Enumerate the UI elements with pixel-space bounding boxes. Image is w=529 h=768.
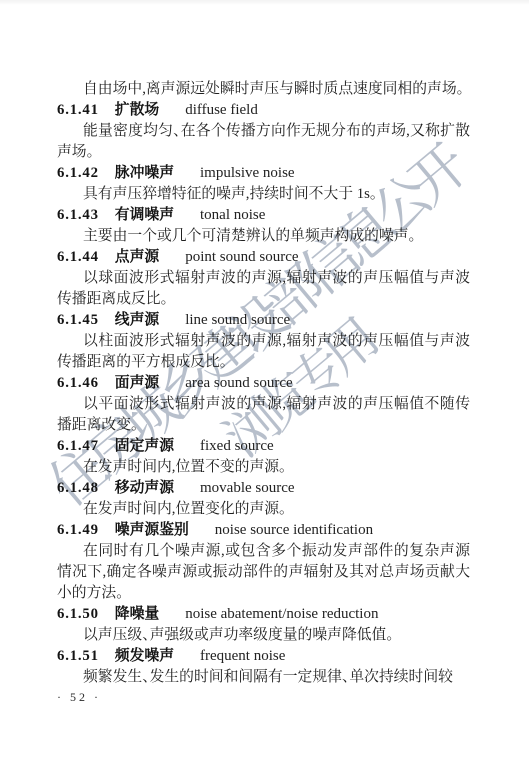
entry-number: 6.1.42 <box>57 165 99 181</box>
entry-number: 6.1.45 <box>57 312 99 328</box>
entry-number: 6.1.50 <box>57 606 99 622</box>
entry-heading: 6.1.42脉冲噪声impulsive noise <box>57 163 470 184</box>
entry-definition: 在发声时间内,位置不变的声源。 <box>57 457 470 478</box>
entry-heading: 6.1.44点声源point sound source <box>57 247 470 268</box>
entry-term-zh: 点声源 <box>115 249 159 265</box>
term-entry: 6.1.46面声源area sound source 以平面波形式辐射声波的声源… <box>57 373 470 436</box>
entry-term-zh: 降噪量 <box>115 606 159 622</box>
entry-definition: 能量密度均匀、在各个传播方向作无规分布的声场,又称扩散声场。 <box>57 121 470 163</box>
entry-number: 6.1.48 <box>57 480 99 496</box>
entry-heading: 6.1.46面声源area sound source <box>57 373 470 394</box>
entry-term-en: area sound source <box>185 375 292 391</box>
entry-term-en: point sound source <box>185 249 298 265</box>
page-content: 自由场中,离声源远处瞬时声压与瞬时质点速度同相的声场。 6.1.41扩散场dif… <box>57 79 470 688</box>
entry-term-zh: 有调噪声 <box>115 207 174 223</box>
entry-term-zh: 固定声源 <box>115 438 174 454</box>
term-entry: 6.1.41扩散场diffuse field 能量密度均匀、在各个传播方向作无规… <box>57 100 470 163</box>
entry-number: 6.1.47 <box>57 438 99 454</box>
entry-term-zh: 频发噪声 <box>115 648 174 664</box>
entry-definition: 具有声压猝增特征的噪声,持续时间不大于 1s。 <box>57 184 470 205</box>
entry-term-en: fixed source <box>200 438 274 454</box>
document-page: 住房城乡建设部信息公开 浏览专用 自由场中,离声源远处瞬时声压与瞬时质点速度同相… <box>0 0 529 768</box>
term-entry: 6.1.44点声源point sound source 以球面波形式辐射声波的声… <box>57 247 470 310</box>
entry-definition: 以平面波形式辐射声波的声源,辐射声波的声压幅值不随传播距离改变。 <box>57 394 470 436</box>
term-entry: 6.1.42脉冲噪声impulsive noise 具有声压猝增特征的噪声,持续… <box>57 163 470 205</box>
entry-number: 6.1.41 <box>57 102 99 118</box>
entry-heading: 6.1.45线声源line sound source <box>57 310 470 331</box>
term-entries: 6.1.41扩散场diffuse field 能量密度均匀、在各个传播方向作无规… <box>57 100 470 688</box>
term-entry: 6.1.51频发噪声frequent noise 频繁发生、发生的时间和间隔有一… <box>57 646 470 688</box>
entry-term-zh: 脉冲噪声 <box>115 165 174 181</box>
term-entry: 6.1.47固定声源fixed source 在发声时间内,位置不变的声源。 <box>57 436 470 478</box>
entry-term-zh: 噪声源鉴别 <box>115 522 189 538</box>
entry-heading: 6.1.49噪声源鉴别noise source identification <box>57 520 470 541</box>
page-number: · 52 · <box>57 690 101 705</box>
entry-number: 6.1.46 <box>57 375 99 391</box>
entry-term-en: movable source <box>200 480 295 496</box>
term-entry: 6.1.45线声源line sound source 以柱面波形式辐射声波的声源… <box>57 310 470 373</box>
entry-term-en: frequent noise <box>200 648 285 664</box>
entry-heading: 6.1.51频发噪声frequent noise <box>57 646 470 667</box>
entry-definition: 以柱面波形式辐射声波的声源,辐射声波的声压幅值与声波传播距离的平方根成反比。 <box>57 331 470 373</box>
entry-term-zh: 移动声源 <box>115 480 174 496</box>
entry-term-en: tonal noise <box>200 207 265 223</box>
entry-term-en: impulsive noise <box>200 165 295 181</box>
term-entry: 6.1.48移动声源movable source 在发声时间内,位置变化的声源。 <box>57 478 470 520</box>
entry-term-zh: 扩散场 <box>115 102 159 118</box>
entry-term-en: noise abatement/noise reduction <box>185 606 378 622</box>
entry-heading: 6.1.43有调噪声tonal noise <box>57 205 470 226</box>
entry-term-en: noise source identification <box>215 522 373 538</box>
term-entry: 6.1.43有调噪声tonal noise 主要由一个或几个可清楚辨认的单频声构… <box>57 205 470 247</box>
entry-term-en: line sound source <box>185 312 290 328</box>
entry-definition: 频繁发生、发生的时间和间隔有一定规律、单次持续时间较 <box>57 667 470 688</box>
entry-heading: 6.1.50降噪量noise abatement/noise reduction <box>57 604 470 625</box>
term-entry: 6.1.49噪声源鉴别noise source identification 在… <box>57 520 470 604</box>
entry-heading: 6.1.48移动声源movable source <box>57 478 470 499</box>
entry-number: 6.1.43 <box>57 207 99 223</box>
entry-definition: 在发声时间内,位置变化的声源。 <box>57 499 470 520</box>
entry-term-en: diffuse field <box>185 102 258 118</box>
entry-definition: 以球面波形式辐射声波的声源,辐射声波的声压幅值与声波传播距离成反比。 <box>57 268 470 310</box>
entry-number: 6.1.44 <box>57 249 99 265</box>
term-entry: 6.1.50降噪量noise abatement/noise reduction… <box>57 604 470 646</box>
entry-term-zh: 面声源 <box>115 375 159 391</box>
entry-term-zh: 线声源 <box>115 312 159 328</box>
entry-number: 6.1.51 <box>57 648 99 664</box>
entry-number: 6.1.49 <box>57 522 99 538</box>
entry-heading: 6.1.41扩散场diffuse field <box>57 100 470 121</box>
entry-definition: 在同时有几个噪声源,或包含多个振动发声部件的复杂声源情况下,确定各噪声源或振动部… <box>57 541 470 604</box>
entry-heading: 6.1.47固定声源fixed source <box>57 436 470 457</box>
entry-definition: 主要由一个或几个可清楚辨认的单频声构成的噪声。 <box>57 226 470 247</box>
entry-definition: 以声压级、声强级或声功率级度量的噪声降低值。 <box>57 625 470 646</box>
continuation-paragraph: 自由场中,离声源远处瞬时声压与瞬时质点速度同相的声场。 <box>57 79 470 100</box>
